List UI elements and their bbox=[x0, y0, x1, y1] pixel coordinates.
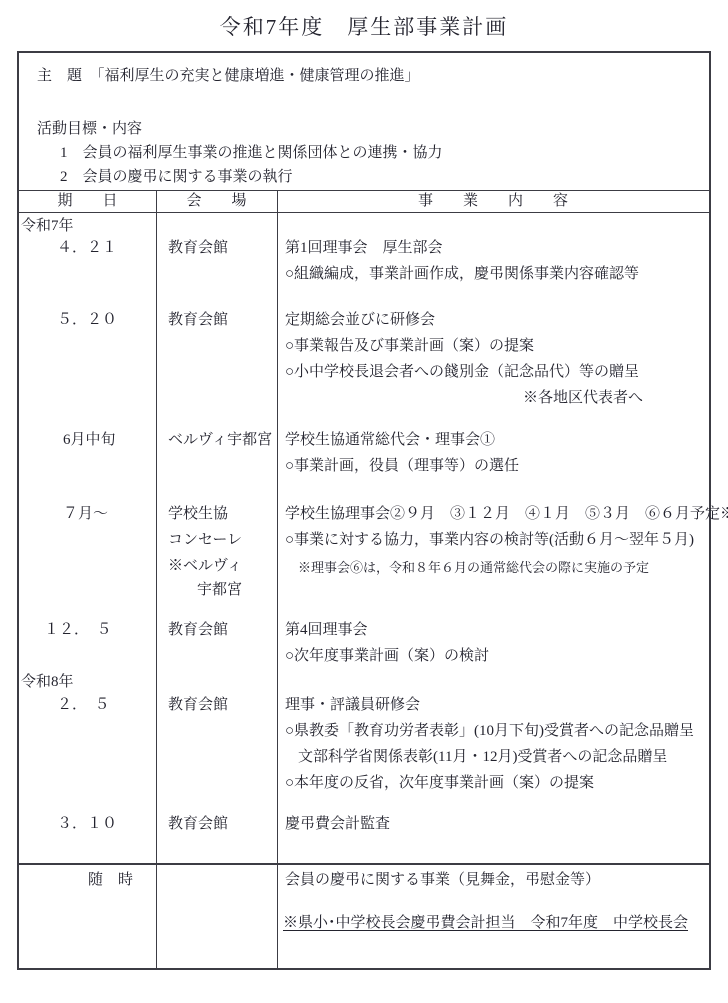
date-cell: 6月中旬 bbox=[63, 432, 116, 449]
date-cell: 随 時 bbox=[88, 872, 133, 889]
date-cell: ４．２１ bbox=[57, 240, 117, 257]
table-header-bottom-border bbox=[19, 212, 709, 213]
date-cell: ５．２０ bbox=[57, 312, 117, 329]
content-line: 学校生協理事会②９月 ③１２月 ④１月 ⑤３月 ⑥６月予定※ bbox=[285, 506, 728, 523]
goal-item-2: 2 会員の慶弔に関する事業の執行 bbox=[60, 169, 293, 186]
goal-item-1: 1 会員の福利厚生事業の推進と関係団体との連携・協力 bbox=[60, 145, 443, 162]
goals-heading: 活動目標・内容 bbox=[37, 121, 142, 138]
table-header-content: 事 業 内 容 bbox=[277, 193, 709, 210]
venue-cell: コンセーレ bbox=[168, 532, 242, 549]
venue-cell: ※ベルヴィ bbox=[168, 558, 242, 575]
content-line: ○事業報告及び事業計画（案）の提案 bbox=[285, 338, 534, 355]
venue-cell: ベルヴィ宇都宮 bbox=[168, 432, 272, 449]
content-line: 第1回理事会 厚生部会 bbox=[285, 240, 443, 257]
content-line: ○次年度事業計画（案）の検討 bbox=[285, 648, 489, 665]
row-separator-anytime bbox=[19, 863, 709, 865]
date-cell: ２． ５ bbox=[57, 697, 110, 714]
table-header-top-border bbox=[19, 190, 709, 191]
content-line: 定期総会並びに研修会 bbox=[285, 312, 435, 329]
content-line: ○事業計画，役員（理事等）の選任 bbox=[285, 458, 519, 475]
content-line: ○小中学校長退会者への餞別金（記念品代）等の贈呈 bbox=[285, 364, 639, 381]
content-line: 第4回理事会 bbox=[285, 622, 368, 639]
table-header-venue: 会 場 bbox=[156, 193, 277, 210]
year-label-reiwa7: 令和7年 bbox=[21, 218, 74, 235]
content-line: ○本年度の反省，次年度事業計画（案）の提案 bbox=[285, 775, 594, 792]
page-title: 令和7年度 厚生部事業計画 bbox=[0, 11, 728, 41]
content-line: ○組織編成，事業計画作成，慶弔関係事業内容確認等 bbox=[285, 266, 639, 283]
date-cell: ３．１０ bbox=[57, 816, 117, 833]
date-cell: ７月～ bbox=[63, 506, 108, 523]
theme-line: 主 題 「福利厚生の充実と健康増進・健康管理の推進」 bbox=[37, 68, 420, 85]
date-cell: １２． ５ bbox=[44, 622, 112, 639]
content-line: 会員の慶弔に関する事業（見舞金，弔慰金等） bbox=[285, 872, 600, 889]
venue-cell: 教育会館 bbox=[168, 816, 228, 833]
content-line: ○事業に対する協力，事業内容の検討等(活動６月～翌年５月) bbox=[285, 532, 694, 549]
content-note: ※理事会⑥は，令和８年６月の通常総代会の際に実施の予定 bbox=[298, 559, 649, 576]
content-line: 学校生協通常総代会・理事会① bbox=[285, 432, 495, 449]
venue-cell: 教育会館 bbox=[168, 312, 228, 329]
venue-cell: 宇都宮 bbox=[197, 582, 242, 599]
venue-cell: 教育会館 bbox=[168, 240, 228, 257]
venue-cell: 教育会館 bbox=[168, 697, 228, 714]
content-line: 慶弔費会計監査 bbox=[285, 816, 390, 833]
content-line: 理事・評議員研修会 bbox=[285, 697, 420, 714]
table-header-date: 期 日 bbox=[19, 193, 156, 210]
year-label-reiwa8: 令和8年 bbox=[21, 674, 74, 691]
column-divider-venue-content bbox=[277, 190, 278, 968]
footnote-line: ※県小･中学校長会慶弔費会計担当 令和7年度 中学校長会 bbox=[283, 915, 688, 932]
content-line: ○県教委「教育功労者表彰」(10月下旬)受賞者への記念品贈呈 bbox=[285, 723, 694, 740]
venue-cell: 学校生協 bbox=[168, 506, 228, 523]
column-divider-date-venue bbox=[156, 190, 157, 968]
document-frame: 主 題 「福利厚生の充実と健康増進・健康管理の推進」 活動目標・内容 1 会員の… bbox=[17, 51, 711, 970]
venue-cell: 教育会館 bbox=[168, 622, 228, 639]
content-line: 文部科学省関係表彰(11月・12月)受賞者への記念品贈呈 bbox=[298, 749, 667, 766]
content-note: ※各地区代表者へ bbox=[523, 390, 643, 407]
